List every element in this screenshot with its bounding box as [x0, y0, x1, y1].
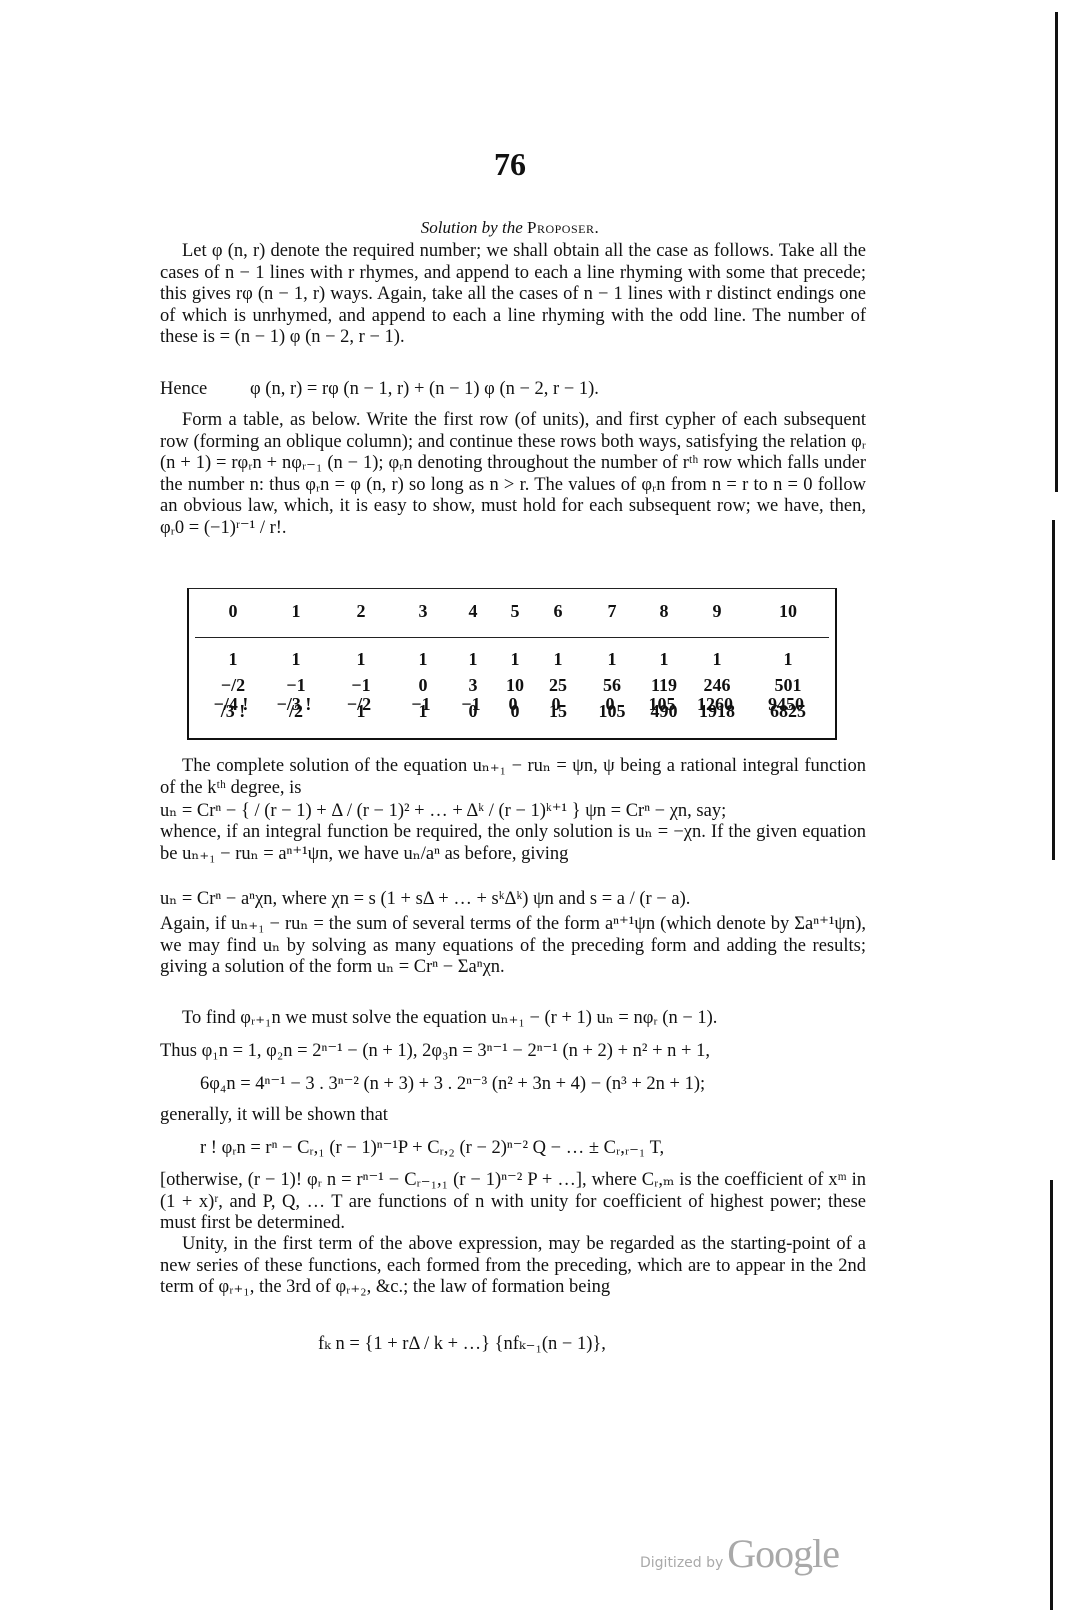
- google-logo-text: Google: [727, 1531, 839, 1576]
- table-header: 2: [357, 601, 366, 622]
- paragraph-1-text: Let φ (n, r) denote the required number;…: [160, 241, 866, 349]
- page-edge-rule: [1052, 520, 1055, 860]
- paragraph-5-text: Again, if uₙ₊₁ − ruₙ = the sum of severa…: [160, 914, 866, 979]
- table-header: 1: [292, 601, 301, 622]
- heading-italic: Solution by the: [421, 218, 523, 237]
- page-edge-rule: [1055, 12, 1058, 492]
- table-cell: 3: [469, 675, 478, 696]
- table-cell: 119: [651, 675, 677, 696]
- table-cell: 501: [775, 675, 802, 696]
- paragraph-4-text: whence, if an integral function be requi…: [160, 822, 866, 865]
- table-header: 5: [511, 601, 520, 622]
- paragraph-6: To find φᵣ₊₁n we must solve the equation…: [160, 1008, 866, 1030]
- table-cell: 25: [549, 675, 567, 696]
- paragraph-3: The complete solution of the equation uₙ…: [160, 756, 866, 799]
- hence-label: Hence: [160, 379, 207, 400]
- table-cell: 1: [784, 649, 793, 670]
- table-cell: −/4 !: [214, 694, 249, 715]
- paragraph-6-text: To find φᵣ₊₁n we must solve the equation…: [160, 1008, 866, 1030]
- table-cell: 1: [713, 649, 722, 670]
- table-header: 6: [554, 601, 563, 622]
- table-cell: 105: [649, 694, 676, 715]
- table-header: 3: [419, 601, 428, 622]
- paragraph-2-text: Form a table, as below. Write the first …: [160, 410, 866, 539]
- table-cell: 0: [552, 694, 561, 715]
- paragraph-2: Form a table, as below. Write the first …: [160, 410, 866, 539]
- equation-4: uₙ = Crⁿ − aⁿχn, where χn = s (1 + sΔ + …: [160, 888, 690, 910]
- table-cell: −1: [351, 675, 370, 696]
- table-cell: 56: [603, 675, 621, 696]
- paragraph-4: whence, if an integral function be requi…: [160, 822, 866, 865]
- paragraph-3-text: The complete solution of the equation uₙ…: [160, 756, 866, 799]
- paragraph-8: [otherwise, (r − 1)! φᵣ n = rⁿ⁻¹ − Cᵣ₋₁,…: [160, 1170, 866, 1235]
- table-cell: −/2: [221, 675, 245, 696]
- table-cell: 1: [292, 649, 301, 670]
- paragraph-9: Unity, in the first term of the above ex…: [160, 1234, 866, 1299]
- table-header: 9: [713, 601, 722, 622]
- table-cell: 1: [229, 649, 238, 670]
- table-header: 10: [779, 601, 797, 622]
- table-header: 0: [229, 601, 238, 622]
- table-cell: −/2: [347, 694, 371, 715]
- paragraph-8-text: [otherwise, (r − 1)! φᵣ n = rⁿ⁻¹ − Cᵣ₋₁,…: [160, 1170, 866, 1235]
- table-cell: 1: [419, 649, 428, 670]
- table-row: [189, 727, 835, 741]
- table-cell: 246: [704, 675, 731, 696]
- table-header: 7: [608, 601, 617, 622]
- table-cell: 1: [357, 649, 366, 670]
- watermark-small-text: Digitized by: [640, 1555, 723, 1571]
- hence-equation: φ (n, r) = rφ (n − 1, r) + (n − 1) φ (n …: [250, 379, 599, 400]
- table-cell: −1: [411, 694, 430, 715]
- table-row: 1 1 1 1 1 1 1 1 1 1 1: [189, 649, 835, 675]
- equation-6b: 6φ₄n = 4ⁿ⁻¹ − 3 . 3ⁿ⁻² (n + 3) + 3 . 2ⁿ⁻…: [200, 1073, 705, 1095]
- table-cell: 0: [419, 675, 428, 696]
- equation-9: fₖ n = {1 + rΔ / k + …} {nfₖ₋₁(n − 1)},: [318, 1333, 606, 1355]
- table-cell: 1260: [697, 694, 733, 715]
- table-cell: 0: [606, 694, 615, 715]
- table-cell: −1: [461, 694, 480, 715]
- table-cell: −1: [286, 675, 305, 696]
- page-number: 76: [0, 146, 1020, 183]
- paragraph-1: Let φ (n, r) denote the required number;…: [160, 241, 866, 349]
- paragraph-5: Again, if uₙ₊₁ − ruₙ = the sum of severa…: [160, 914, 866, 979]
- section-heading: Solution by the Proposer.: [0, 218, 1020, 238]
- paragraph-7-text: generally, it will be shown that: [160, 1105, 866, 1127]
- table-header-row: 0 1 2 3 4 5 6 7 8 9 10: [189, 601, 835, 627]
- table-cell: 1: [554, 649, 563, 670]
- paragraph-7: generally, it will be shown that: [160, 1105, 866, 1127]
- table-cell: 9450: [768, 694, 804, 715]
- table-cell: 10: [506, 675, 524, 696]
- digitized-watermark: Digitized by Google: [640, 1530, 839, 1577]
- table-cell: 1: [660, 649, 669, 670]
- table-cell: 1: [469, 649, 478, 670]
- heading-caps: Proposer.: [527, 218, 599, 237]
- table-cell: −/3 !: [277, 694, 312, 715]
- table-header-divider: [195, 637, 829, 638]
- equation-3: uₙ = Crⁿ − { / (r − 1) + Δ / (r − 1)² + …: [160, 800, 726, 822]
- page-edge-rule: [1050, 1180, 1053, 1610]
- table-cell: 0: [509, 694, 518, 715]
- table-header: 8: [660, 601, 669, 622]
- table-row: −/4 ! −/3 ! −/2 −1 −1 0 0 0 105 1260 945…: [187, 694, 837, 720]
- table-cell: 1: [511, 649, 520, 670]
- equation-6a: Thus φ₁n = 1, φ₂n = 2ⁿ⁻¹ − (n + 1), 2φ₃n…: [160, 1040, 710, 1062]
- equation-7: r ! φᵣn = rⁿ − Cᵣ,₁ (r − 1)ⁿ⁻¹P + Cᵣ,₂ (…: [200, 1137, 664, 1159]
- table-cell: 1: [608, 649, 617, 670]
- table-header: 4: [469, 601, 478, 622]
- paragraph-9-text: Unity, in the first term of the above ex…: [160, 1234, 866, 1299]
